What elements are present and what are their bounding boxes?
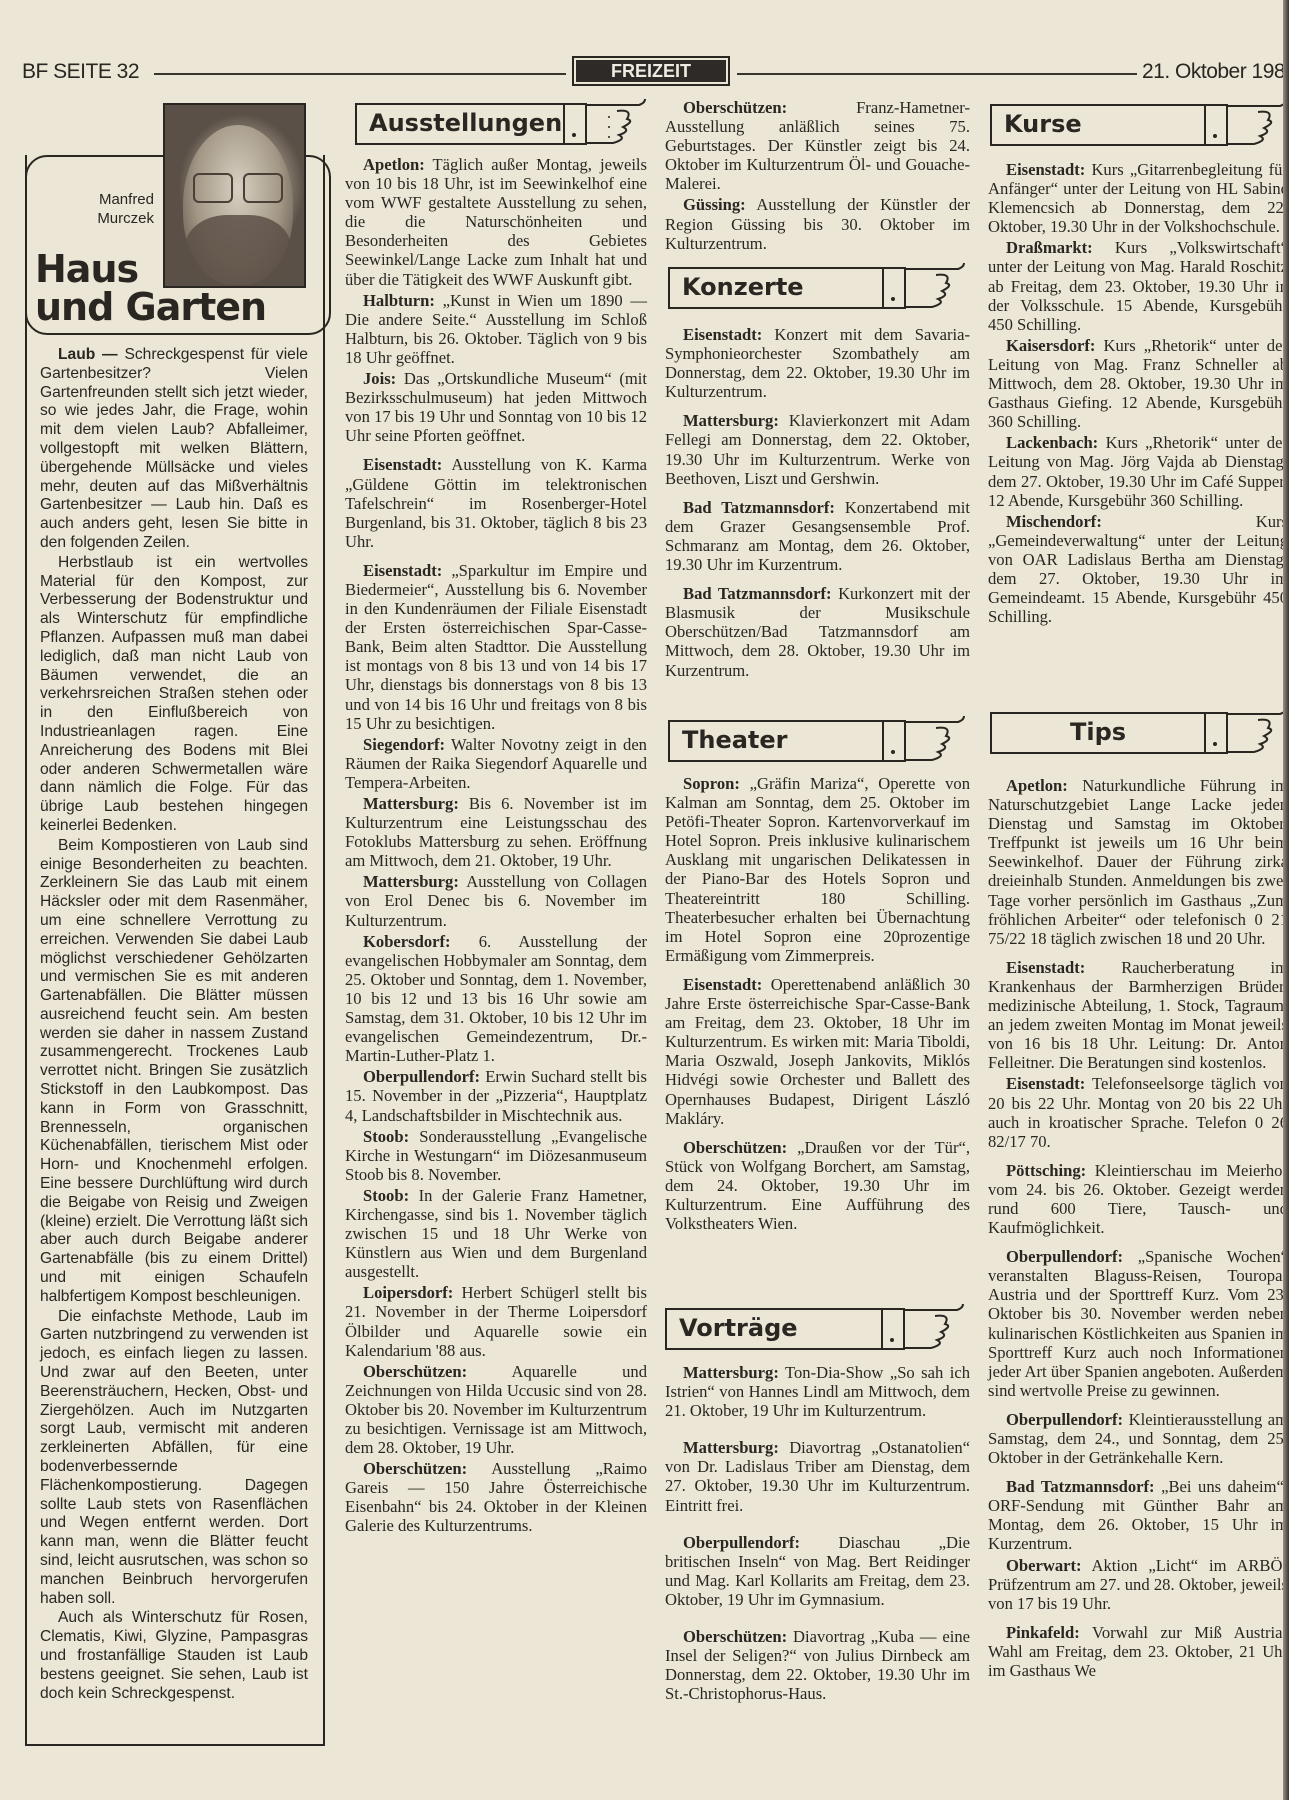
masthead-rule-right <box>737 73 1137 75</box>
listing: Kaisersdorf: Kurs „Rhetorik“ unter der L… <box>988 336 1288 431</box>
section-header-konzerte: Konzerte <box>668 267 968 309</box>
listing: Eisenstadt: Kurs „Gitarrenbegleitung für… <box>988 160 1288 236</box>
listing: Mattersburg: Klavierkonzert mit Adam Fel… <box>665 411 970 487</box>
section-banner: FREIZEIT <box>572 56 730 86</box>
section-body-ausstellungen: Apetlon: Täglich außer Montag, jeweils v… <box>345 155 647 1538</box>
paragraph: Auch als Winterschutz für Rosen, Clemati… <box>40 1609 308 1703</box>
listing: Apetlon: Naturkundliche Führung im Natur… <box>988 776 1288 948</box>
section-title: Theater <box>668 720 884 762</box>
column-title-line1: Haus <box>35 250 266 288</box>
dot-box <box>1206 712 1228 754</box>
section-banner-label: FREIZEIT <box>576 60 726 82</box>
listing: Oberschützen: Ausstellung „Raimo Gareis … <box>345 1459 647 1535</box>
listing: Eisenstadt: Konzert mit dem Savaria-Symp… <box>665 325 970 401</box>
listing: Draßmarkt: Kurs „Volkswirtschaft“ unter … <box>988 238 1288 333</box>
masthead-rule-left <box>154 73 566 75</box>
dot-box <box>565 103 587 145</box>
section-body-vortraege: Mattersburg: Ton-Dia-Show „So sah ich Is… <box>665 1363 970 1705</box>
author-first-name: Manfred <box>70 190 154 209</box>
listing: Stoob: Sonderausstellung „Evangelische K… <box>345 1127 647 1184</box>
section-header-theater: Theater <box>668 720 968 762</box>
page-label: BF SEITE 32 <box>22 60 139 84</box>
listing: Sopron: „Gräfin Mariza“, Operette von Ka… <box>665 774 970 965</box>
listing: Oberwart: Aktion „Licht“ im ARBÖ-Prüfzen… <box>988 1556 1288 1613</box>
paragraph: Die einfachste Methode, Laub im Garten n… <box>40 1308 308 1609</box>
pointing-hand-icon <box>587 99 647 149</box>
dot-box <box>883 1308 905 1350</box>
listing: Pöttsching: Kleintierschau im Meierhof v… <box>988 1161 1288 1237</box>
paragraph: Beim Kompostieren von Laub sind einige B… <box>40 837 308 1307</box>
section-body-ausstellungen-cont: Oberschützen: Franz-Hametner-Ausstellung… <box>665 98 970 255</box>
listing: Loipersdorf: Herbert Schügerl stellt bis… <box>345 1283 647 1359</box>
section-header-tips: Tips <box>990 712 1289 754</box>
listing: Oberschützen: Franz-Hametner-Ausstellung… <box>665 98 970 193</box>
newspaper-page: BF SEITE 32 FREIZEIT 21. Oktober 1987 Ma… <box>0 0 1289 1800</box>
listing: Oberpullendorf: Kleintierausstellung am … <box>988 1410 1288 1467</box>
section-body-konzerte: Eisenstadt: Konzert mit dem Savaria-Symp… <box>665 325 970 682</box>
section-title: Tips <box>990 712 1206 754</box>
section-title: Vorträge <box>665 1308 883 1350</box>
lead-word: Laub — <box>58 346 118 363</box>
listing: Bad Tatzmannsdorf: Konzertabend mit dem … <box>665 498 970 574</box>
listing: Eisenstadt: Telefonseelsorge täglich von… <box>988 1074 1288 1150</box>
listing: Güssing: Ausstellung der Künstler der Re… <box>665 195 970 252</box>
dot-box <box>884 720 906 762</box>
pointing-hand-icon <box>1228 708 1288 758</box>
listing: Oberschützen: Aquarelle und Zeichnungen … <box>345 1362 647 1457</box>
author-byline: Manfred Murczek <box>70 190 154 228</box>
listing: Bad Tatzmannsdorf: „Bei uns daheim“, ORF… <box>988 1477 1288 1553</box>
pointing-hand-icon <box>1228 100 1288 150</box>
listing: Lackenbach: Kurs „Rhetorik“ unter der Le… <box>988 433 1288 509</box>
section-title: Konzerte <box>668 267 884 309</box>
listing: Oberschützen: „Draußen vor der Tür“, Stü… <box>665 1138 970 1233</box>
paragraph: Laub — Schreckgespenst für viele Gartenb… <box>40 346 308 553</box>
pointing-hand-icon <box>905 1304 965 1354</box>
masthead: BF SEITE 32 FREIZEIT 21. Oktober 1987 <box>22 56 1289 92</box>
listing: Bad Tatzmannsdorf: Kurkonzert mit der Bl… <box>665 584 970 679</box>
page-edge-shadow <box>1283 0 1289 1800</box>
listing: Oberpullendorf: Diaschau „Die britischen… <box>665 1533 970 1609</box>
section-body-kurse: Eisenstadt: Kurs „Gitarrenbegleitung für… <box>988 160 1288 628</box>
column-title-line2: und Garten <box>35 288 266 326</box>
listing: Halbturn: „Kunst in Wien um 1890 — Die a… <box>345 291 647 367</box>
listing: Jois: Das „Ortskundliche Museum“ (mit Be… <box>345 369 647 445</box>
column-title: Haus und Garten <box>35 250 266 326</box>
dot-box <box>1206 104 1228 146</box>
listing: Siegendorf: Walter Novotny zeigt in den … <box>345 735 647 792</box>
section-body-tips: Apetlon: Naturkundliche Führung im Natur… <box>988 776 1288 1682</box>
listing: Eisenstadt: Raucherberatung im Krankenha… <box>988 958 1288 1073</box>
listing: Stoob: In der Galerie Franz Hametner, Ki… <box>345 1186 647 1281</box>
section-header-ausstellungen: Ausstellungen <box>355 103 655 145</box>
paragraph: Herbstlaub ist ein wertvolles Material f… <box>40 554 308 836</box>
listing: Mattersburg: Ausstellung von Collagen vo… <box>345 872 647 929</box>
section-title: Kurse <box>990 104 1206 146</box>
section-body-theater: Sopron: „Gräfin Mariza“, Operette von Ka… <box>665 774 970 1235</box>
listing: Mattersburg: Ton-Dia-Show „So sah ich Is… <box>665 1363 970 1420</box>
section-header-kurse: Kurse <box>990 104 1289 146</box>
listing: Mattersburg: Bis 6. November ist im Kult… <box>345 794 647 870</box>
listing: Oberschützen: Diavortrag „Kuba — eine In… <box>665 1627 970 1703</box>
author-last-name: Murczek <box>70 209 154 228</box>
section-title: Ausstellungen <box>355 103 565 145</box>
pointing-hand-icon <box>906 716 966 766</box>
section-header-vortraege: Vorträge <box>665 1308 965 1350</box>
listing: Mattersburg: Diavortrag „Ostanatolien“ v… <box>665 1438 970 1514</box>
listing: Eisenstadt: Operettenabend anläßlich 30 … <box>665 975 970 1128</box>
listing: Eisenstadt: Ausstellung von K. Karma „Gü… <box>345 455 647 550</box>
listing: Eisenstadt: „Sparkultur im Empire und Bi… <box>345 561 647 733</box>
listing: Kobersdorf: 6. Ausstellung der evangelis… <box>345 932 647 1066</box>
listing: Oberpullendorf: Erwin Suchard stellt bis… <box>345 1067 647 1124</box>
dot-box <box>884 267 906 309</box>
pointing-hand-icon <box>906 263 966 313</box>
column-feature-body: Laub — Schreckgespenst für viele Gartenb… <box>40 346 308 1704</box>
listing: Mischendorf: Kurs „Gemeindeverwaltung“ u… <box>988 512 1288 627</box>
listing: Pinkafeld: Vorwahl zur Miß Austria-Wahl … <box>988 1623 1288 1680</box>
issue-date: 21. Oktober 1987 <box>1142 60 1289 84</box>
listing: Apetlon: Täglich außer Montag, jeweils v… <box>345 155 647 289</box>
listing: Oberpullendorf: „Spanische Wochen“ veran… <box>988 1247 1288 1400</box>
